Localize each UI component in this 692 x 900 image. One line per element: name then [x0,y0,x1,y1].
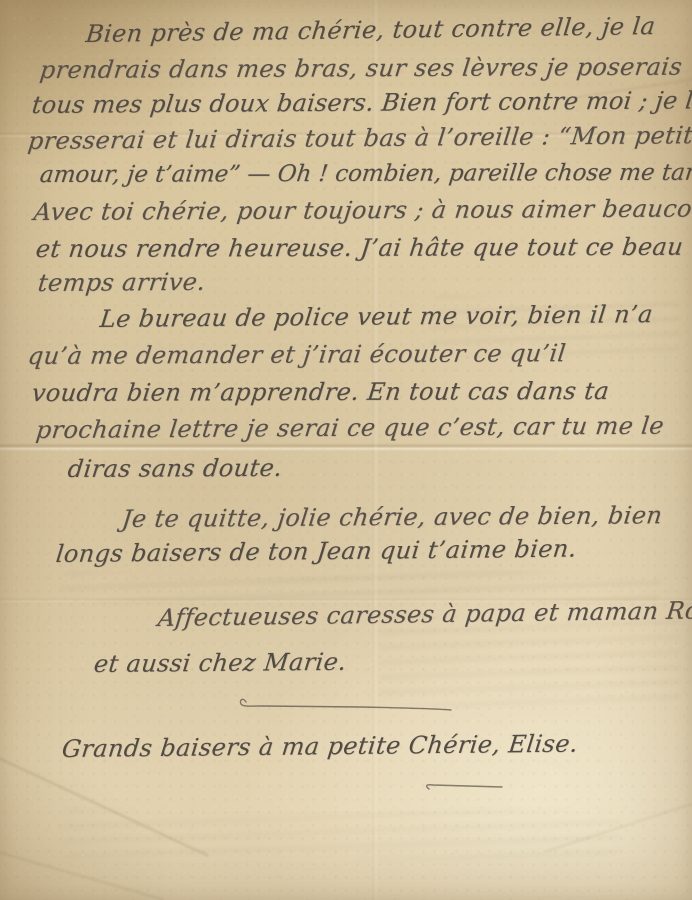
paper-wrinkle [0,846,163,900]
letter-page: Bien près de ma chérie, tout contre elle… [0,0,692,900]
paper-wrinkle [0,749,209,856]
letter-line: temps arrive. [36,268,207,297]
ink-bleedthrough [60,810,620,860]
letter-line: presserai et lui dirais tout bas à l’ore… [26,121,692,155]
letter-line: tous mes plus doux baisers. Bien fort co… [30,86,692,119]
letter-line: Bien près de ma chérie, tout contre elle… [84,12,656,48]
letter-line: Avec toi chérie, pour toujours ; à nous … [32,194,692,226]
letter-line: prochaine lettre je serai ce que c’est, … [34,412,665,444]
letter-line: Affectueuses caresses à papa et maman Ro… [156,596,692,632]
ink-bleedthrough [380,616,680,706]
letter-line: Je te quitte, jolie chérie, avec de bien… [120,501,664,533]
fold-crease-horizontal-middle [0,443,692,451]
letter-line: et nous rendre heureuse. J’ai hâte que t… [34,233,685,263]
letter-line: Grands baisers à ma petite Chérie, Elise… [60,730,579,763]
paper-wrinkle [546,798,692,852]
letter-line: qu’à me demander et j’irai écouter ce qu… [26,339,567,370]
letter-line: et aussi chez Marie. [92,648,348,678]
letter-line: amour, je t’aime” — Oh ! combien, pareil… [38,160,692,188]
letter-line: prendrais dans mes bras, sur ses lèvres … [38,53,683,84]
signature-underline [424,778,506,797]
letter-line: voudra bien m’apprendre. En tout cas dan… [30,377,611,407]
hand-drawn-divider-line [239,696,453,718]
letter-line: diras sans doute. [66,454,284,483]
letter-line: Le bureau de police veut me voir, bien i… [98,300,654,333]
letter-line: longs baisers de ton Jean qui t’aime bie… [54,535,578,568]
